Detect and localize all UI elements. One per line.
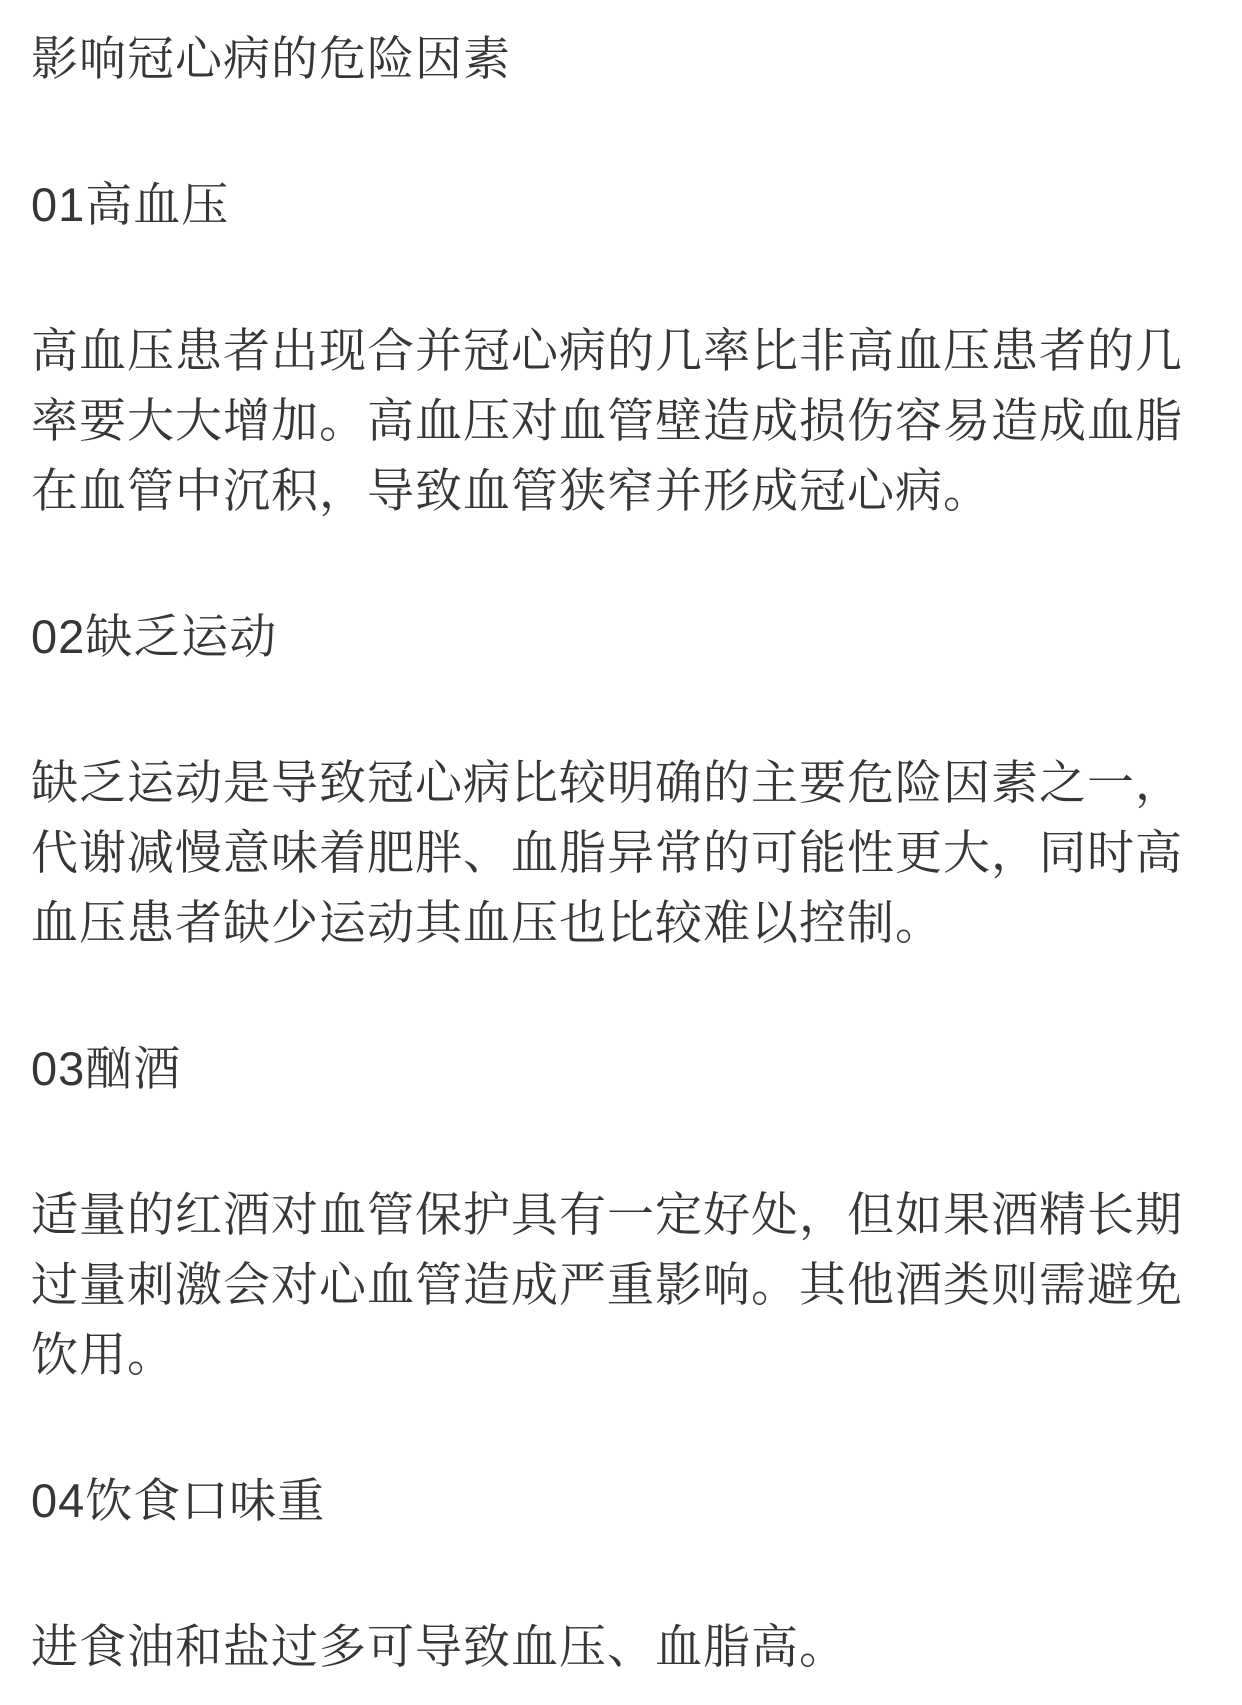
section-paragraph-01: 高血压患者出现合并冠心病的几率比非高血压患者的几 率要大大增加。高血压对血管壁造… [31, 316, 1212, 526]
section-paragraph-03: 适量的红酒对血管保护具有一定好处，但如果酒精长期 过量刺激会对心血管造成严重影响… [31, 1180, 1212, 1390]
paragraph-line: 率要大大增加。高血压对血管壁造成损伤容易造成血脂 [31, 386, 1212, 456]
paragraph-line: 过量刺激会对心血管造成严重影响。其他酒类则需避免 [31, 1250, 1212, 1320]
paragraph-line: 在血管中沉积，导致血管狭窄并形成冠心病。 [31, 456, 1212, 526]
section-heading-02: 02缺乏运动 [31, 602, 1212, 672]
article-body: 影响冠心病的危险因素 01高血压 高血压患者出现合并冠心病的几率比非高血压患者的… [31, 24, 1212, 1682]
section-paragraph-04: 进食油和盐过多可导致血压、血脂高。 [31, 1612, 1212, 1682]
section-paragraph-02: 缺乏运动是导致冠心病比较明确的主要危险因素之一， 代谢减慢意味着肥胖、血脂异常的… [31, 748, 1212, 958]
paragraph-line: 高血压患者出现合并冠心病的几率比非高血压患者的几 [31, 316, 1212, 386]
paragraph-line: 饮用。 [31, 1320, 1212, 1390]
section-heading-04: 04饮食口味重 [31, 1466, 1212, 1536]
section-heading-01: 01高血压 [31, 170, 1212, 240]
paragraph-line: 血压患者缺少运动其血压也比较难以控制。 [31, 888, 1212, 958]
paragraph-line: 进食油和盐过多可导致血压、血脂高。 [31, 1612, 1212, 1682]
article-title: 影响冠心病的危险因素 [31, 24, 1212, 94]
paragraph-line: 代谢减慢意味着肥胖、血脂异常的可能性更大，同时高 [31, 818, 1212, 888]
paragraph-line: 缺乏运动是导致冠心病比较明确的主要危险因素之一， [31, 748, 1212, 818]
paragraph-line: 适量的红酒对血管保护具有一定好处，但如果酒精长期 [31, 1180, 1212, 1250]
section-heading-03: 03酗酒 [31, 1034, 1212, 1104]
